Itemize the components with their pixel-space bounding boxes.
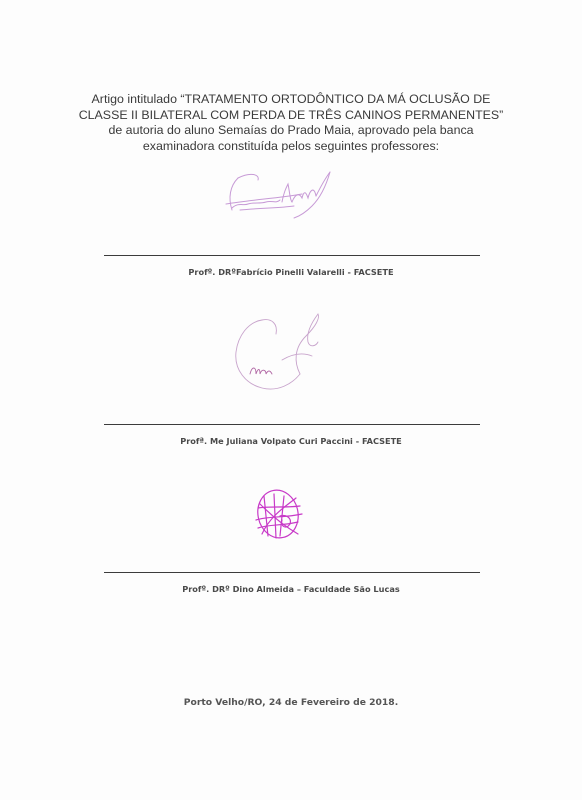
approval-statement: Artigo intitulado “TRATAMENTO ORTODÔNTIC… <box>40 92 542 154</box>
signature-2 <box>222 312 332 394</box>
intro-line: examinadora constituída pelos seguintes … <box>40 139 542 155</box>
signature-line-3 <box>104 572 480 573</box>
examiner-name-2: Profª. Me Juliana Volpato Curi Paccini -… <box>40 436 542 446</box>
place-and-date: Porto Velho/RO, 24 de Fevereiro de 2018. <box>40 697 542 708</box>
approval-page: Artigo intitulado “TRATAMENTO ORTODÔNTIC… <box>0 0 582 800</box>
signature-1 <box>220 168 350 228</box>
intro-line: de autoria do aluno Semaías do Prado Mai… <box>40 123 542 139</box>
intro-line: CLASSE II BILATERAL COM PERDA DE TRÊS CA… <box>40 108 542 124</box>
signature-line-2 <box>104 424 480 425</box>
examiner-name-3: Profº. DRº Dino Almeida – Faculdade São … <box>40 584 542 594</box>
signature-line-1 <box>104 255 480 256</box>
signature-3 <box>250 486 306 542</box>
intro-line: Artigo intitulado “TRATAMENTO ORTODÔNTIC… <box>40 92 542 108</box>
examiner-name-1: Profº. DRºFabrício Pinelli Valarelli - F… <box>40 267 542 277</box>
